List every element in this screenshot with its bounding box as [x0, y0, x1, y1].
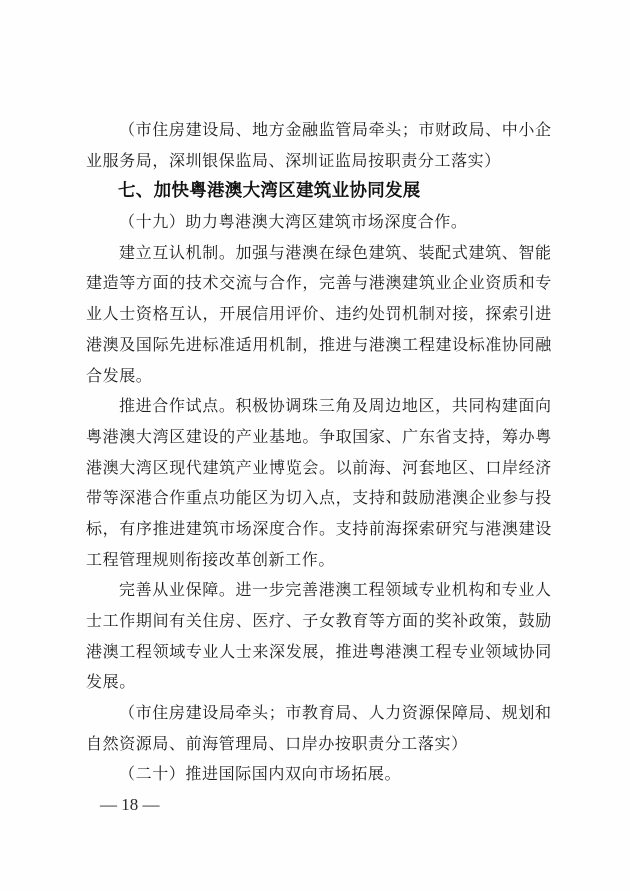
text-line: 业服务局，深圳银保监局、深圳证监局按职责分工落实）	[86, 146, 552, 177]
page-number: — 18 —	[100, 795, 160, 815]
text-line: 带等深港合作重点功能区为切入点，支持和鼓励港澳企业参与投	[86, 483, 552, 514]
text-line: 完善从业保障。进一步完善港澳工程领域专业机构和专业人	[86, 575, 552, 606]
subsection-title: （十九）助力粤港澳大湾区建筑市场深度合作。	[86, 207, 552, 238]
text-line: （市住房建设局牵头；市教育局、人力资源保障局、规划和	[86, 698, 552, 729]
text-line: 发展。	[86, 667, 552, 698]
text-line: 港澳及国际先进标准适用机制，推进与港澳工程建设标准协同融	[86, 330, 552, 361]
text-line: 推进合作试点。积极协调珠三角及周边地区，共同构建面向	[86, 391, 552, 422]
text-line: 标，有序推进建筑市场深度合作。支持前海探索研究与港澳建设	[86, 514, 552, 545]
text-line: 港澳大湾区现代建筑产业博览会。以前海、河套地区、口岸经济	[86, 453, 552, 484]
body-text: （市住房建设局、地方金融监管局牵头；市财政局、中小企 业服务局，深圳银保监局、深…	[86, 115, 552, 790]
text-line: 建立互认机制。加强与港澳在绿色建筑、装配式建筑、智能	[86, 238, 552, 269]
section-heading: 七、加快粤港澳大湾区建筑业协同发展	[86, 176, 552, 207]
text-line: 工程管理规则衔接改革创新工作。	[86, 545, 552, 576]
text-line: 自然资源局、前海管理局、口岸办按职责分工落实）	[86, 729, 552, 760]
document-page: （市住房建设局、地方金融监管局牵头；市财政局、中小企 业服务局，深圳银保监局、深…	[0, 0, 630, 891]
subsection-title: （二十）推进国际国内双向市场拓展。	[86, 759, 552, 790]
text-line: 业人士资格互认，开展信用评价、违约处罚机制对接，探索引进	[86, 299, 552, 330]
text-line: 合发展。	[86, 361, 552, 392]
text-line: 士工作期间有关住房、医疗、子女教育等方面的奖补政策，鼓励	[86, 606, 552, 637]
text-line: （市住房建设局、地方金融监管局牵头；市财政局、中小企	[86, 115, 552, 146]
text-line: 港澳工程领域专业人士来深发展，推进粤港澳工程专业领域协同	[86, 637, 552, 668]
text-line: 粤港澳大湾区建设的产业基地。争取国家、广东省支持，筹办粤	[86, 422, 552, 453]
text-line: 建造等方面的技术交流与合作，完善与港澳建筑业企业资质和专	[86, 268, 552, 299]
